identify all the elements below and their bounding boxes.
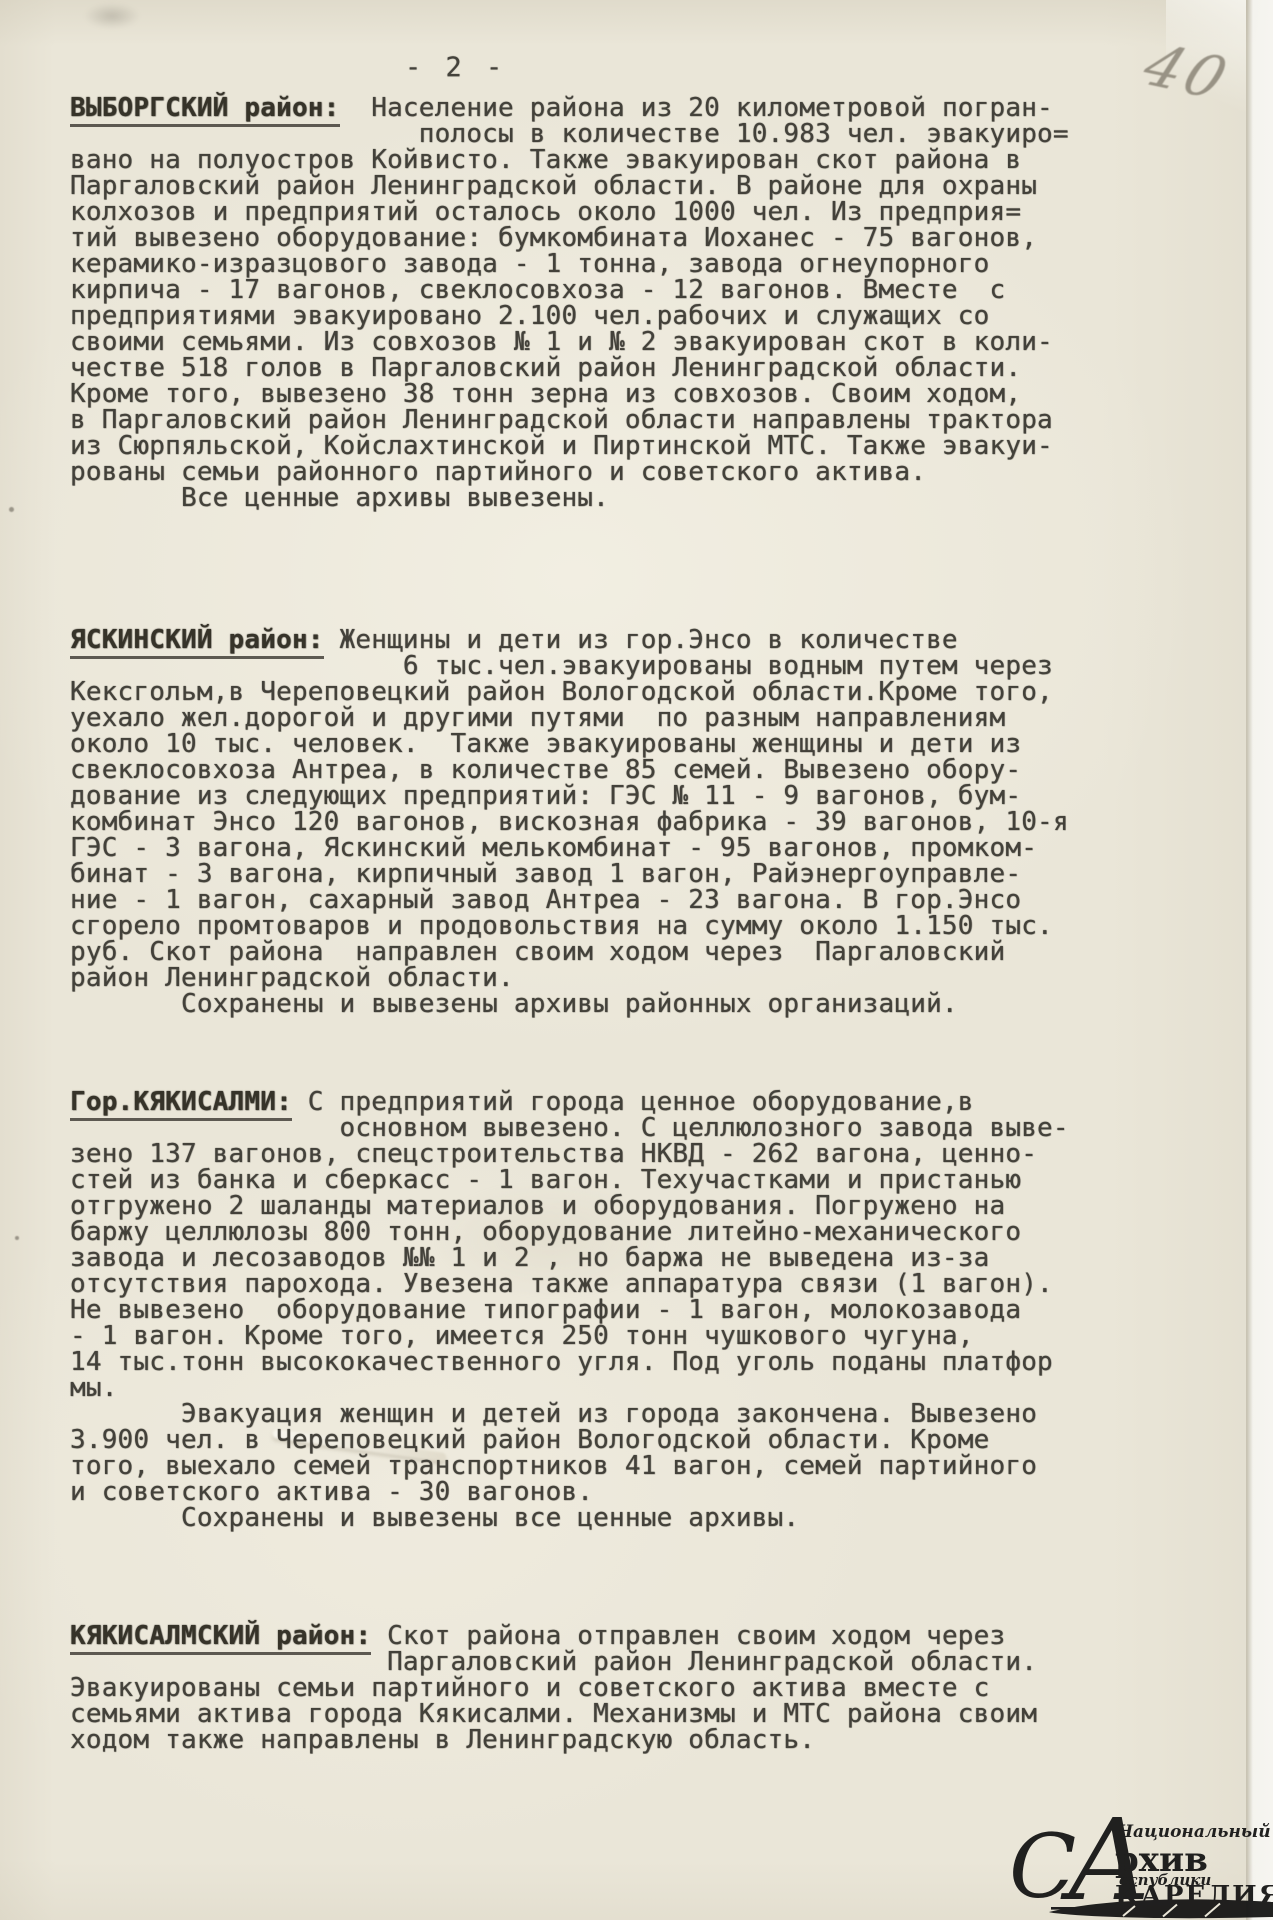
text-line: КЯКИСАЛМСКИЙ район: Скот района отправле… [70,1623,1243,1649]
text-line: район Ленинградской области. [70,965,1243,991]
text-line: в Паргаловский район Ленинградской облас… [70,407,1243,433]
text-line: свеклосовхоза Антреа, в количестве 85 се… [70,757,1243,783]
text-line: 14 тыс.тонн высококачественного угля. По… [70,1349,1243,1375]
text-line: керамико-изразцового завода - 1 тонна, з… [70,251,1243,277]
text-line: стей из банка и сберкасс - 1 вагон. Теху… [70,1167,1243,1193]
text-line: комбинат Энсо 120 вагонов, вискозная фаб… [70,809,1243,835]
ink-smudge [84,3,140,29]
text-line: Кексгольм,в Череповецкий район Вологодск… [70,679,1243,705]
text-line: зено 137 вагонов, спецстроительства НКВД… [70,1141,1243,1167]
section-vyborgsky-district: ВЫБОРГСКИЙ район: Население района из 20… [70,95,1243,511]
text-line: Паргаловский район Ленинградской области… [70,1649,1243,1675]
text-line: своими семьями. Из совхозов № 1 и № 2 эв… [70,329,1243,355]
text-line: рованы семьи районного партийного и сове… [70,459,1243,485]
text-line: честве 518 голов в Паргаловский район Ле… [70,355,1243,381]
document-sections: ВЫБОРГСКИЙ район: Население района из 20… [70,95,1243,1753]
text-line: из Сюрпяльской, Койслахтинской и Пиртинс… [70,433,1243,459]
scanned-document-page: - 2 - 40 ВЫБОРГСКИЙ район: Население рай… [0,0,1273,1920]
text-line: основном вывезено. С целлюлозного завода… [70,1115,1243,1141]
text-line: семьями актива города Кякисалми. Механиз… [70,1701,1243,1727]
text-line: Сохранены и вывезены все ценные архивы. [70,1505,1243,1531]
text-line: Все ценные архивы вывезены. [70,485,1243,511]
text-line: Сохранены и вывезены архивы районных орг… [70,991,1243,1017]
paper-speck [9,507,14,512]
text-line: колхозов и предприятий осталось около 10… [70,199,1243,225]
text-line: Эвакуированы семьи партийного и советско… [70,1675,1243,1701]
archive-watermark-logo: С А Национальный рхив еспублики КАРЕЛИЯ [823,1785,1273,1920]
text-line: бинат - 3 вагона, кирпичный завод 1 ваго… [70,861,1243,887]
text-line: Гор.КЯКИСАЛМИ: С предприятий города ценн… [70,1089,1243,1115]
text-line: предприятиями эвакуировано 2.100 чел.раб… [70,303,1243,329]
text-line: - 1 вагон. Кроме того, имеется 250 тонн … [70,1323,1243,1349]
text-line: дование из следующих предприятий: ГЭС № … [70,783,1243,809]
watermark-text-natsionalny: Национальный [1116,1822,1271,1842]
text-line: руб. Скот района направлен своим ходом ч… [70,939,1243,965]
page-number: - 2 - [405,52,506,83]
text-line: ВЫБОРГСКИЙ район: Население района из 20… [70,95,1243,121]
text-line: завода и лесозаводов №№ 1 и 2 , но баржа… [70,1245,1243,1271]
text-line: Эвакуация женщин и детей из города закон… [70,1401,1243,1427]
text-line: и советского актива - 30 вагонов. [70,1479,1243,1505]
text-line: отсутствия парохода. Увезена также аппар… [70,1271,1243,1297]
text-line: ГЭС - 3 вагона, Яскинский мелькомбинат -… [70,835,1243,861]
text-line: мы. [70,1375,1243,1401]
text-line: отгружено 2 шаланды материалов и оборудо… [70,1193,1243,1219]
text-line: тий вывезено оборудование: бумкомбината … [70,225,1243,251]
text-line: Не вывезено оборудование типографии - 1 … [70,1297,1243,1323]
section-city-kyakisalmi: Гор.КЯКИСАЛМИ: С предприятий города ценн… [70,1089,1243,1531]
scan-edge-strip [1246,0,1273,1920]
text-line: кирпича - 17 вагонов, свеклосовхоза - 12… [70,277,1243,303]
section-kyakisalmsky-district: КЯКИСАЛМСКИЙ район: Скот района отправле… [70,1623,1243,1753]
text-line: баржу целлюлозы 800 тонн, оборудование л… [70,1219,1243,1245]
text-line: ЯСКИНСКИЙ район: Женщины и дети из гор.Э… [70,627,1243,653]
text-line: 6 тыс.чел.эвакуированы водным путем чере… [70,653,1243,679]
text-line: того, выехало семей транспортников 41 ва… [70,1453,1243,1479]
section-yaskinsky-district: ЯСКИНСКИЙ район: Женщины и дети из гор.Э… [70,627,1243,1017]
text-line: Паргаловский район Ленинградской области… [70,173,1243,199]
text-line: около 10 тыс. человек. Также эвакуирован… [70,731,1243,757]
text-line: 3.900 чел. в Череповецкий район Вологодс… [70,1427,1243,1453]
text-line: полосы в количестве 10.983 чел. эвакуиро… [70,121,1243,147]
text-line: сгорело промтоваров и продовольствия на … [70,913,1243,939]
text-line: вано на полуостров Койвисто. Также эваку… [70,147,1243,173]
text-line: ние - 1 вагон, сахарный завод Антреа - 2… [70,887,1243,913]
text-line: ходом также направлены в Ленинградскую о… [70,1727,1243,1753]
paper-speck [15,1236,19,1240]
text-line: уехало жел.дорогой и другими путями по р… [70,705,1243,731]
text-line: Кроме того, вывезено 38 тонн зерна из со… [70,381,1243,407]
